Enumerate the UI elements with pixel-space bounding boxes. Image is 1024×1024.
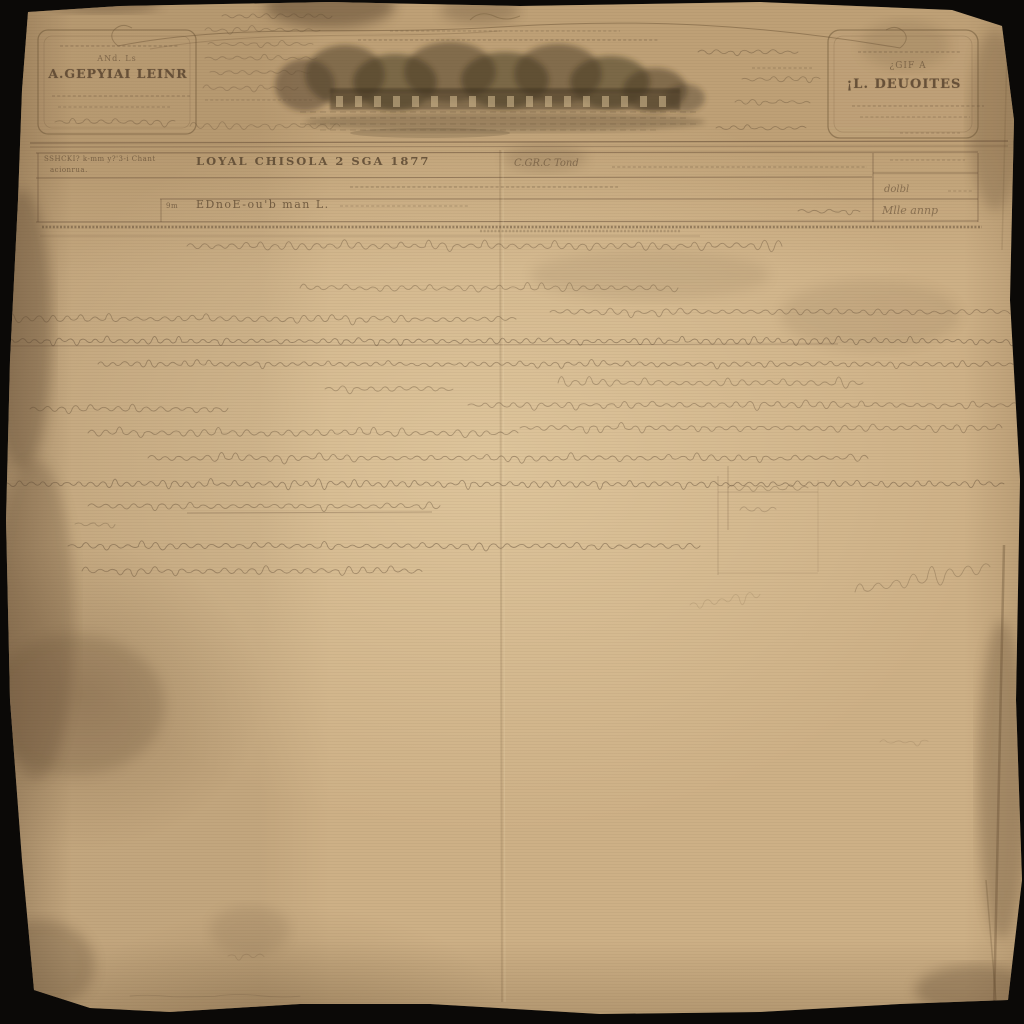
banner-flourish bbox=[112, 14, 907, 49]
photo-stage: ANd. Ls A.GEPYIAI LEINR ¿GIF A ¡L. DEUOI… bbox=[0, 0, 1024, 1024]
document-paper: ANd. Ls A.GEPYIAI LEINR ¿GIF A ¡L. DEUOI… bbox=[0, 0, 1024, 1024]
form-box-label: EDnoE-ou'b man L. bbox=[196, 199, 330, 210]
form-office-note: C.GR.C Tond bbox=[514, 159, 579, 169]
document-artwork-layer bbox=[0, 0, 1024, 1024]
right-plate-title: ¡L. DEUOITES bbox=[836, 78, 972, 91]
form-heading: LOYAL CHISOLA 2 SGA 1877 bbox=[196, 156, 516, 168]
lawn-shadow bbox=[305, 112, 705, 132]
left-plate-title: A.GEPYIAI LEINR bbox=[48, 68, 188, 81]
form-sender-note-1: SSHCKI? k-mm y?'3-i Chant bbox=[44, 156, 156, 163]
form-right-cell-entry-1: dolbl bbox=[884, 185, 909, 195]
form-sender-note-2: acionrua. bbox=[50, 167, 88, 174]
form-box-prefix: 9m bbox=[166, 203, 178, 210]
right-plate-subtitle: ¿GIF A bbox=[868, 62, 948, 71]
header-engraving-vignette bbox=[275, 42, 705, 138]
pond bbox=[350, 128, 510, 138]
left-plate-subtitle: ANd. Ls bbox=[80, 55, 154, 63]
form-right-cell-entry-2: Mlle annp bbox=[882, 205, 938, 216]
